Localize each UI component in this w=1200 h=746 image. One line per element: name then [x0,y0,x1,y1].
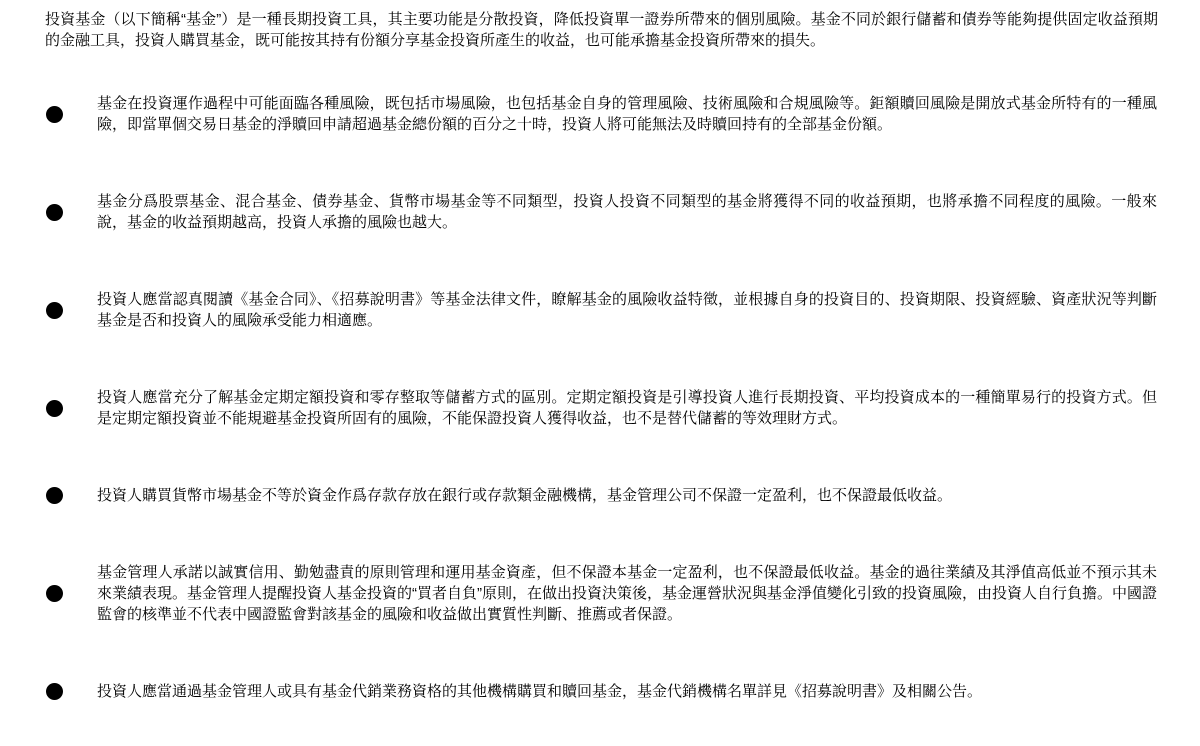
disclosure-item: 基金管理人承諾以誠實信用、勤勉盡責的原則管理和運用基金資產，但不保證本基金一定盈… [45,562,1158,625]
disclosure-item: 投資人應當通過基金管理人或具有基金代銷業務資格的其他機構購買和贖回基金，基金代銷… [45,681,1158,702]
disclosure-item: 投資人應當認真閱讀《基金合同》、《招募說明書》等基金法律文件，瞭解基金的風險收益… [45,289,1158,331]
intro-paragraph: 投資基金（以下簡稱“基金”）是一種長期投資工具，其主要功能是分散投資，降低投資單… [45,9,1158,51]
bullet-icon [46,302,63,319]
disclosure-item-text: 基金管理人承諾以誠實信用、勤勉盡責的原則管理和運用基金資產，但不保證本基金一定盈… [97,562,1157,625]
disclosure-item: 投資人購買貨幣市場基金不等於資金作爲存款存放在銀行或存款類金融機構，基金管理公司… [45,485,1158,506]
disclosure-item-text: 投資人應當認真閱讀《基金合同》、《招募說明書》等基金法律文件，瞭解基金的風險收益… [97,289,1157,331]
fund-risk-disclosure-document: 投資基金（以下簡稱“基金”）是一種長期投資工具，其主要功能是分散投資，降低投資單… [0,0,1200,702]
bullet-icon [46,683,63,700]
disclosure-item-text: 投資人購買貨幣市場基金不等於資金作爲存款存放在銀行或存款類金融機構，基金管理公司… [97,485,1157,506]
bullet-icon [46,106,63,123]
bullet-icon [46,585,63,602]
bullet-icon [46,487,63,504]
bullet-icon [46,204,63,221]
disclosure-item-text: 投資人應當充分了解基金定期定額投資和零存整取等儲蓄方式的區別。定期定額投資是引導… [97,387,1157,429]
disclosure-item-text: 基金分爲股票基金、混合基金、債券基金、貨幣市場基金等不同類型，投資人投資不同類型… [97,191,1157,233]
disclosure-item: 基金分爲股票基金、混合基金、債券基金、貨幣市場基金等不同類型，投資人投資不同類型… [45,191,1158,233]
disclosure-item: 基金在投資運作過程中可能面臨各種風險，既包括市場風險，也包括基金自身的管理風險、… [45,93,1158,135]
disclosure-list: 基金在投資運作過程中可能面臨各種風險，既包括市場風險，也包括基金自身的管理風險、… [45,93,1158,702]
bullet-icon [46,400,63,417]
disclosure-item-text: 投資人應當通過基金管理人或具有基金代銷業務資格的其他機構購買和贖回基金，基金代銷… [97,681,1157,702]
disclosure-item-text: 基金在投資運作過程中可能面臨各種風險，既包括市場風險，也包括基金自身的管理風險、… [97,93,1157,135]
disclosure-item: 投資人應當充分了解基金定期定額投資和零存整取等儲蓄方式的區別。定期定額投資是引導… [45,387,1158,429]
